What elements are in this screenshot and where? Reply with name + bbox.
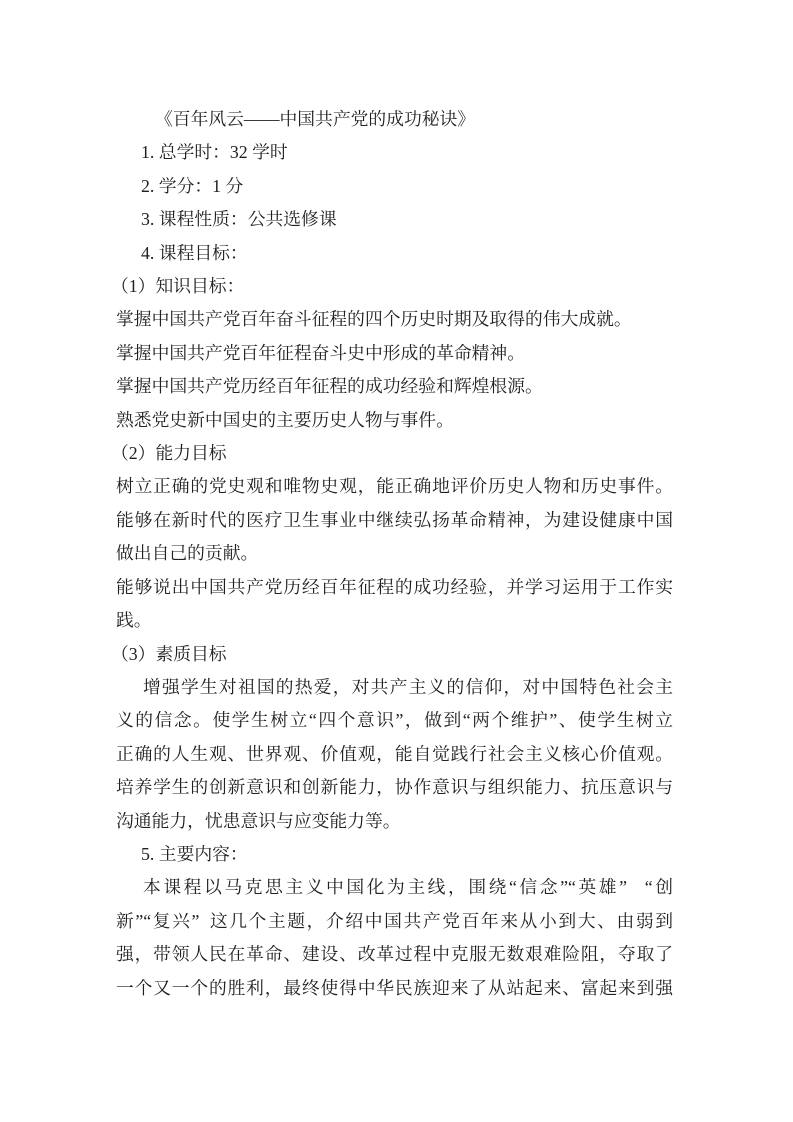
line-ability-objectives-heading: （2）能力目标 — [111, 437, 673, 470]
document-page: 《百年风云——中国共产党的成功秘诀》 1. 总学时：32 学时 2. 学分：1 … — [0, 0, 793, 1122]
line-ability-objective-1: 树立正确的党史观和唯物史观，能正确地评价历史人物和历史事件。 — [116, 470, 673, 503]
line-ability-objective-3: 能够说出中国共产党历经百年征程的成功经验，并学习运用于工作实 — [116, 571, 673, 604]
line-quality-objective-2: 义的信念。使学生树立“四个意识”，做到“两个维护”、使学生树立 — [116, 704, 673, 737]
line-main-content-3: 强，带领人民在革命、建设、改革过程中克服无数艰难险阻，夺取了 — [116, 938, 673, 971]
line-quality-objective-1: 增强学生对祖国的热爱，对共产主义的信仰，对中国特色社会主 — [116, 671, 673, 704]
line-main-content-1: 本课程以马克思主义中国化为主线，围绕“信念”“英雄” “创 — [116, 871, 673, 904]
line-quality-objective-4: 培养学生的创新意识和创新能力，协作意识与组织能力、抗压意识与 — [116, 771, 673, 804]
document-content: 《百年风云——中国共产党的成功秘诀》 1. 总学时：32 学时 2. 学分：1 … — [116, 103, 673, 1005]
line-credits: 2. 学分：1 分 — [116, 170, 673, 203]
line-course-type: 3. 课程性质：公共选修课 — [116, 203, 673, 236]
line-main-content-heading: 5. 主要内容： — [116, 838, 673, 871]
line-ability-objective-2: 能够在新时代的医疗卫生事业中继续弘扬革命精神，为建设健康中国 — [116, 504, 673, 537]
line-knowledge-objective-4: 熟悉党史新中国史的主要历史人物与事件。 — [116, 404, 673, 437]
doc-title: 《百年风云——中国共产党的成功秘诀》 — [116, 103, 673, 136]
line-knowledge-objective-3: 掌握中国共产党历经百年征程的成功经验和辉煌根源。 — [116, 370, 673, 403]
line-quality-objectives-heading: （3）素质目标 — [111, 638, 673, 671]
line-ability-objective-3b: 践。 — [116, 604, 673, 637]
line-ability-objective-2b: 做出自己的贡献。 — [116, 537, 673, 570]
line-knowledge-objective-2: 掌握中国共产党百年征程奋斗史中形成的革命精神。 — [116, 337, 673, 370]
line-knowledge-objectives-heading: （1）知识目标： — [111, 270, 673, 303]
line-main-content-4: 一个又一个的胜利，最终使得中华民族迎来了从站起来、富起来到强 — [116, 972, 673, 1005]
line-knowledge-objective-1: 掌握中国共产党百年奋斗征程的四个历史时期及取得的伟大成就。 — [116, 303, 673, 336]
line-quality-objective-5: 沟通能力，忧患意识与应变能力等。 — [116, 805, 673, 838]
line-course-objectives-heading: 4. 课程目标： — [116, 237, 673, 270]
line-quality-objective-3: 正确的人生观、世界观、价值观，能自觉践行社会主义核心价值观。 — [116, 738, 673, 771]
line-main-content-2: 新”“复兴” 这几个主题，介绍中国共产党百年来从小到大、由弱到 — [116, 905, 673, 938]
line-total-hours: 1. 总学时：32 学时 — [116, 136, 673, 169]
